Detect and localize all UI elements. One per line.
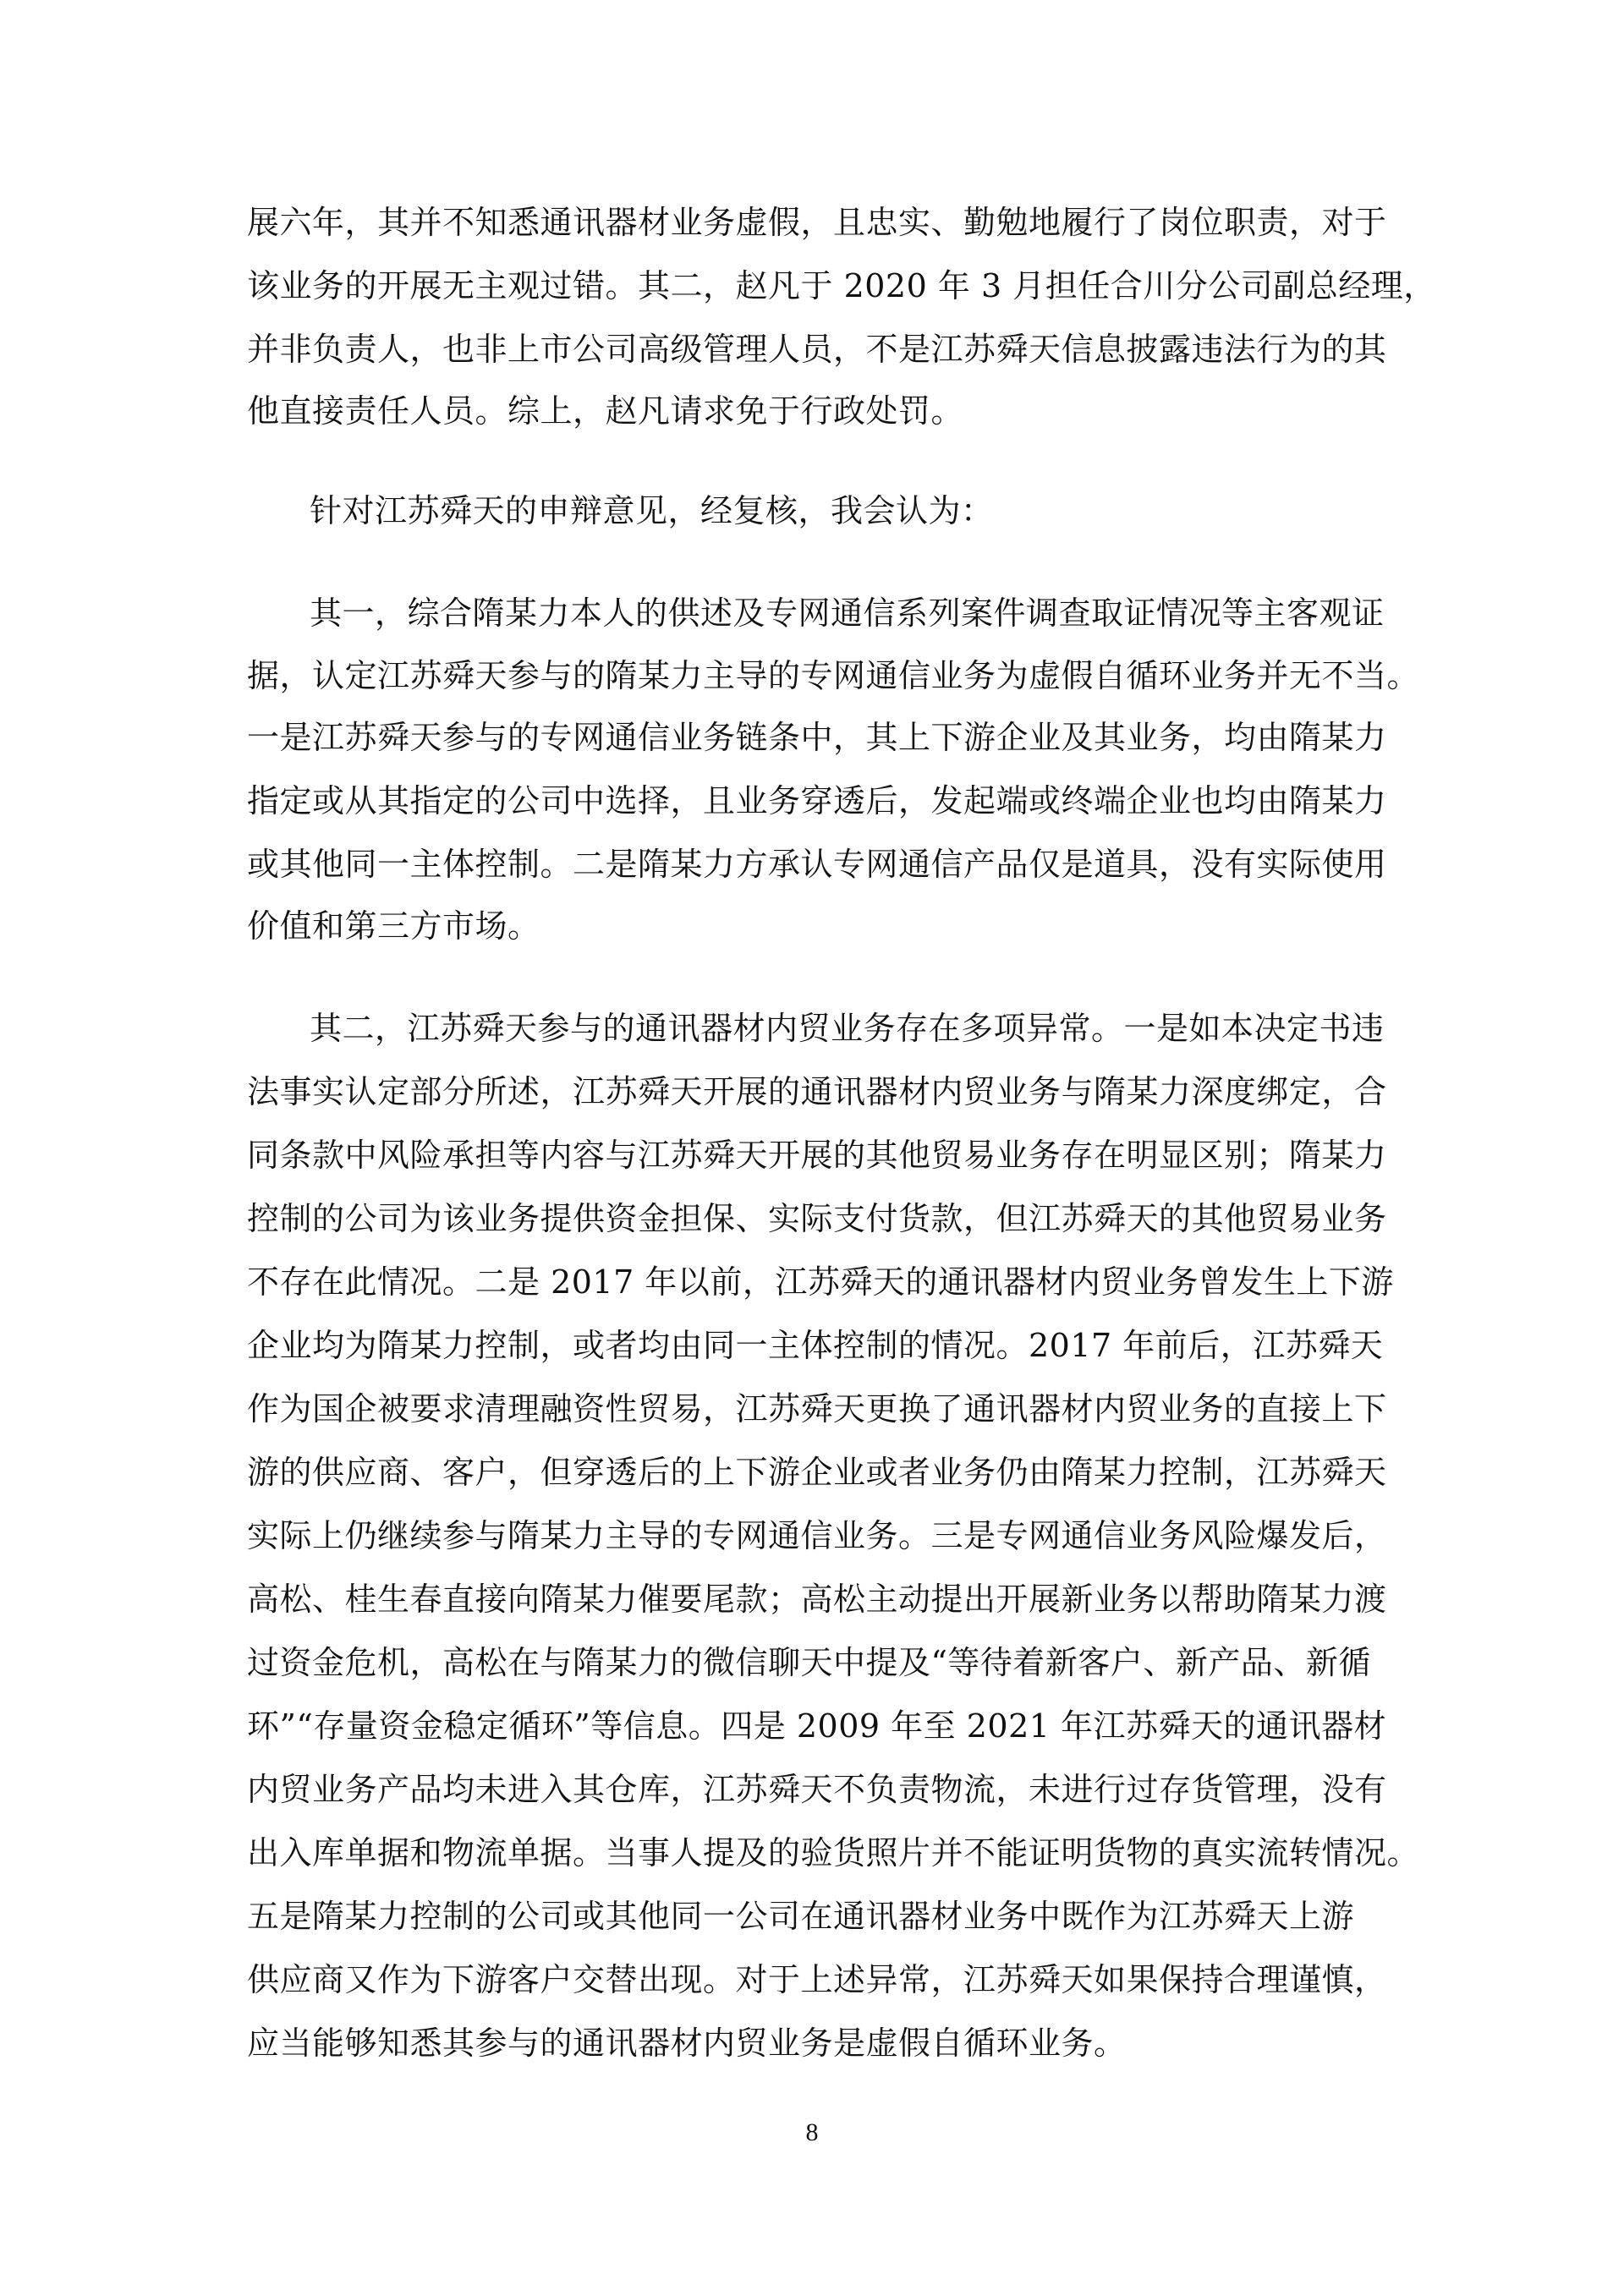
text-line: 实际上仍继续参与隋某力主导的专网通信业务。三是专网通信业务风险爆发后，	[247, 1516, 1387, 1555]
text-line: 不存在此情况。二是 2017 年以前，江苏舜天的通讯器材内贸业务曾发生上下游	[247, 1263, 1394, 1301]
text-line: 据，认定江苏舜天参与的隋某力主导的专网通信业务为虚假自循环业务并无不当。	[247, 656, 1419, 695]
text-line: 作为国企被要求清理融资性贸易，江苏舜天更换了通讯器材内贸业务的直接上下	[247, 1389, 1387, 1428]
text-line: 环”“存量资金稳定循环”等信息。四是 2009 年至 2021 年江苏舜天的通讯…	[247, 1707, 1386, 1745]
text-line: 并非负责人，也非上市公司高级管理人员，不是江苏舜天信息披露违法行为的其	[247, 330, 1387, 369]
text-line: 出入库单据和物流单据。当事人提及的验货照片并不能证明货物的真实流转情况。	[247, 1833, 1419, 1872]
text-line: 应当能够知悉其参与的通讯器材内贸业务是虚假自循环业务。	[247, 2024, 1127, 2063]
text-line: 过资金危机，高松在与隋某力的微信聊天中提及“等待着新客户、新产品、新循	[247, 1643, 1371, 1682]
text-line: 一是江苏舜天参与的专网通信业务链条中，其上下游企业及其业务，均由隋某力	[247, 718, 1387, 757]
text-line: 其二，江苏舜天参与的通讯器材内贸业务存在多项异常。一是如本决定书违	[310, 1009, 1385, 1048]
text-line: 针对江苏舜天的申辩意见，经复核，我会认为：	[310, 491, 994, 530]
text-line: 内贸业务产品均未进入其仓库，江苏舜天不负责物流，未进行过存货管理，没有	[247, 1770, 1387, 1809]
page-number: 8	[0, 2118, 1624, 2147]
text-line: 游的供应商、客户，但穿透后的上下游企业或者业务仍由隋某力控制，江苏舜天	[247, 1453, 1387, 1492]
text-line: 法事实认定部分所述，江苏舜天开展的通讯器材内贸业务与隋某力深度绑定，合	[247, 1072, 1387, 1111]
text-line: 高松、桂生春直接向隋某力催要尾款；高松主动提出开展新业务以帮助隋某力渡	[247, 1580, 1387, 1619]
text-line: 价值和第三方市场。	[247, 907, 540, 945]
text-line: 其一，综合隋某力本人的供述及专网通信系列案件调查取证情况等主客观证	[310, 594, 1385, 633]
text-line: 他直接责任人员。综上，赵凡请求免于行政处罚。	[247, 392, 963, 430]
text-line: 五是隋某力控制的公司或其他同一公司在通讯器材业务中既作为江苏舜天上游	[247, 1897, 1354, 1936]
text-line: 展六年，其并不知悉通讯器材业务虚假，且忠实、勤勉地履行了岗位职责，对于	[247, 203, 1387, 242]
text-line: 同条款中风险承担等内容与江苏舜天开展的其他贸易业务存在明显区别；隋某力	[247, 1136, 1387, 1175]
text-line: 或其他同一主体控制。二是隋某力方承认专网通信产品仅是道具，没有实际使用	[247, 845, 1387, 884]
text-line: 供应商又作为下游客户交替出现。对于上述异常，江苏舜天如果保持合理谨慎，	[247, 1960, 1387, 1999]
text-line: 控制的公司为该业务提供资金担保、实际支付货款，但江苏舜天的其他贸易业务	[247, 1199, 1387, 1238]
text-line: 该业务的开展无主观过错。其二，赵凡于 2020 年 3 月担任合川分公司副总经理…	[247, 266, 1436, 305]
text-line: 指定或从其指定的公司中选择，且业务穿透后，发起端或终端企业也均由隋某力	[247, 781, 1387, 820]
document-page: 展六年，其并不知悉通讯器材业务虚假，且忠实、勤勉地履行了岗位职责，对于该业务的开…	[0, 0, 1624, 2296]
text-line: 企业均为隋某力控制，或者均由同一主体控制的情况。2017 年前后，江苏舜天	[247, 1326, 1383, 1365]
